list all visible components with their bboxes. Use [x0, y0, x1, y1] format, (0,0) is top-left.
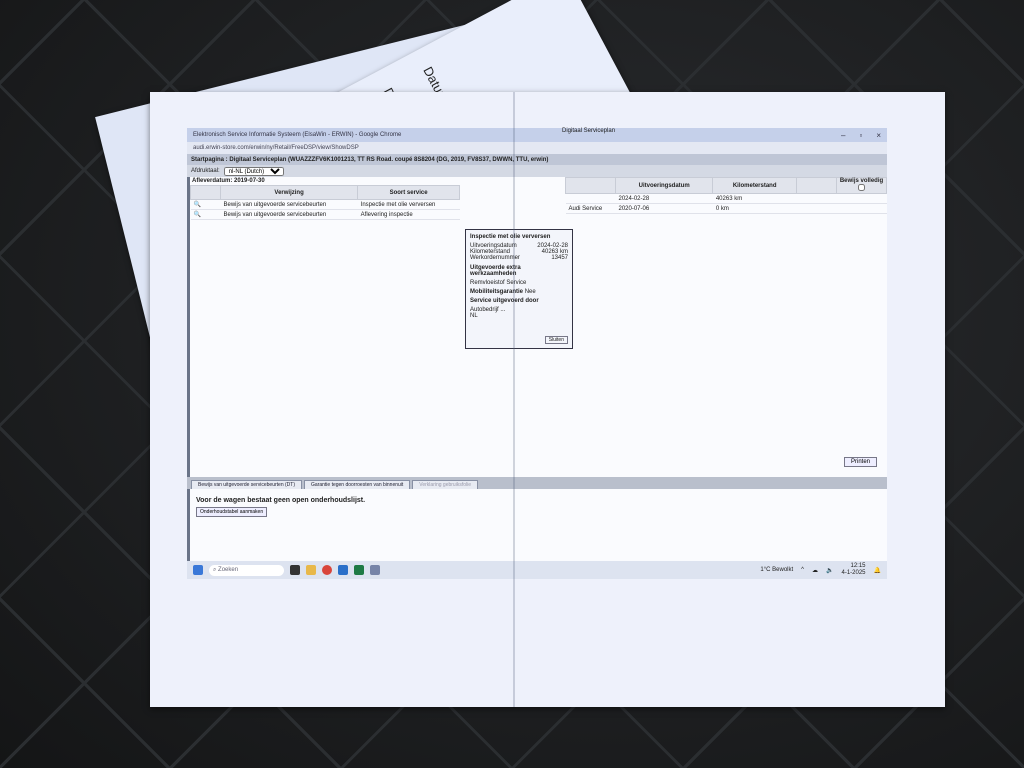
language-label: Afdruktaal:	[191, 168, 220, 174]
service-detail-dialog: Inspectie met olie verversen Uitvoerings…	[465, 229, 573, 349]
clock[interactable]: 12:154-1-2025	[841, 563, 865, 577]
create-maintenance-table-button[interactable]: Onderhoudstabel aanmaken	[196, 507, 267, 517]
magnifier-icon[interactable]: 🔍	[191, 210, 221, 220]
printed-screenshot: Elektronisch Service Informatie Systeem …	[187, 128, 887, 560]
breadcrumb-right: Digitaal Serviceplan	[562, 128, 887, 134]
chevron-up-icon[interactable]: ^	[801, 567, 804, 573]
language-select[interactable]: nl-NL (Dutch)	[224, 167, 284, 176]
url-bar[interactable]: audi.erwin-store.com/erwin/ny/Retail/Fre…	[187, 142, 887, 154]
url-text: audi.erwin-store.com/erwin/ny/Retail/Fre…	[193, 145, 359, 151]
dialog-title: Inspectie met olie verversen	[470, 234, 568, 240]
tab-rust-warranty[interactable]: Garantie tegen doorroesten van binnenuit	[304, 480, 410, 489]
breadcrumb: Startpagina : Digitaal Serviceplan (WUAZ…	[187, 154, 887, 165]
taskbar-search[interactable]: ⌕ Zoeken	[209, 565, 284, 576]
service-list: Afleverdatum: 2019-07-30 VerwijzingSoort…	[190, 177, 460, 220]
cloud-icon[interactable]: ☁	[812, 567, 818, 574]
file-explorer-icon[interactable]	[306, 565, 316, 575]
col-reference: Verwijzing	[221, 186, 358, 200]
print-button[interactable]: Printen	[844, 457, 877, 467]
table-row[interactable]: 🔍Bewijs van uitgevoerde servicebeurtenAf…	[191, 210, 460, 220]
proof-complete-checkbox[interactable]	[858, 184, 865, 191]
language-toolbar: Afdruktaal: nl-NL (Dutch)	[187, 165, 887, 177]
table-row[interactable]: 🔍Bewijs van uitgevoerde servicebeurtenIn…	[191, 200, 460, 210]
window-title: Elektronisch Service Informatie Systeem …	[193, 132, 401, 138]
table-row[interactable]: Audi Service2020-07-060 km	[566, 204, 887, 214]
col-service-type: Soort service	[358, 186, 460, 200]
excel-icon[interactable]	[354, 565, 364, 575]
chrome-icon[interactable]	[322, 565, 332, 575]
service-table: VerwijzingSoort service 🔍Bewijs van uitg…	[190, 185, 460, 220]
no-maintenance-message: Voor de wagen bestaat geen open onderhou…	[196, 497, 881, 504]
outlook-icon[interactable]	[338, 565, 348, 575]
breadcrumb-text: Startpagina : Digitaal Serviceplan (WUAZ…	[191, 157, 548, 163]
magnifier-icon[interactable]: 🔍	[191, 200, 221, 210]
delivery-date: Afleverdatum: 2019-07-30	[190, 177, 460, 185]
service-history: UitvoeringsdatumKilometerstandBewijs vol…	[565, 177, 887, 214]
app-icon[interactable]	[370, 565, 380, 575]
windows-start-icon[interactable]	[193, 565, 203, 575]
table-row[interactable]: 2024-02-2840263 km	[566, 194, 887, 204]
main-content: Afleverdatum: 2019-07-30 VerwijzingSoort…	[187, 177, 887, 477]
paper-fold	[513, 92, 515, 707]
tab-service-proof[interactable]: Bewijs van uitgevoerde servicebeurten (D…	[191, 480, 302, 489]
tab-usage-statement: Verklaring gebruiksfolie	[412, 480, 478, 489]
task-view-icon[interactable]	[290, 565, 300, 575]
volume-icon[interactable]: 🔈	[826, 567, 833, 574]
notification-bell-icon[interactable]: 🔔	[874, 567, 881, 574]
weather-widget[interactable]: 1°C Bewolkt	[760, 567, 793, 573]
tab-bar: Bewijs van uitgevoerde servicebeurten (D…	[187, 477, 887, 489]
bottom-panel: Voor de wagen bestaat geen open onderhou…	[187, 489, 887, 561]
history-table: UitvoeringsdatumKilometerstandBewijs vol…	[565, 177, 887, 214]
system-tray: 1°C Bewolkt ^ ☁ 🔈 12:154-1-2025 🔔	[760, 563, 881, 577]
windows-taskbar: ⌕ Zoeken 1°C Bewolkt ^ ☁ 🔈 12:154-1-2025…	[187, 561, 887, 579]
dialog-close-button[interactable]: Sluiten	[545, 336, 568, 344]
